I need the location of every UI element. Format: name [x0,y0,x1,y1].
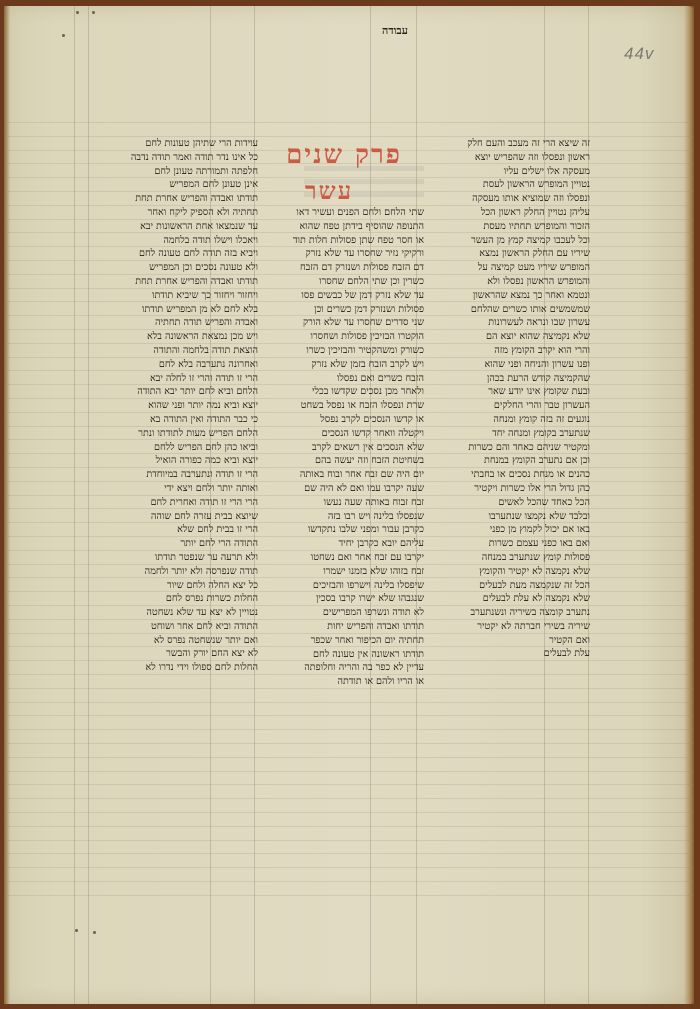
text-line: בלא לחם לא מן המפריש תודתו [90,303,258,317]
text-line: ולא טעונה נסכים וכן המפריש [90,261,258,275]
text-line: לא תודה ונשרפו המפרישים [258,606,424,620]
text-line: עד שלא נזרק דמן של כבשים פסו [258,289,424,303]
chapter-heading-line-2: עשר [284,176,374,206]
ruling-line [4,895,694,896]
text-line: שיריו עם החלק הראשון נמצא [422,247,590,261]
text-line: ונטמא ואחר כך נמצא שהראשון [422,289,590,303]
text-line: תודתו ואבדה והפריש יחות [258,620,424,634]
text-line: והרי הוא יקרב הקומץ מזה [422,344,590,358]
text-line: ואחרונה נתערבה בלא לחם [90,358,258,372]
text-line: תחתיה יום הכיפור ואחר שכפר [258,634,424,648]
text-line: ובעת שקומץ אינו יודע שאר [422,385,590,399]
ruling-line [4,702,694,703]
text-line: ואם באו כפני עצמם כשרות [422,537,590,551]
text-line: שיוצא בבית עזרה לחם שוהה [90,510,258,524]
ruling-line [4,812,694,813]
text-line: ראשון ונפסלו וזה שהפריש יוצא [422,151,590,165]
text-line: שיריה בשירי חברתה לא יקטיר [422,620,590,634]
text-line: מעסקה אלו ישלים עליו [422,165,590,179]
text-line: לא יצא החם יורק והבשר [90,647,258,661]
text-line: ויחזור ויחזור כך שיביא תודתו [90,289,258,303]
text-line: אינן טעונן לחם המפריש [90,178,258,192]
text-line: נטויין המופרש הראשון לעסת [422,178,590,192]
text-line: כל יצא החלה ולחם שיור [90,579,258,593]
text-line: שהקמיצה קודש הרעת בכהן [422,372,590,386]
ruling-line [4,853,694,854]
text-line: עוידות הרי שתיהן טעונות לחם [90,137,258,151]
text-line: ונפסלו וזה שמוציא אותו מעסקה [422,192,590,206]
text-line: החלות כשרות נפרס לחם [90,592,258,606]
text-line: הרי הרי זו תודה ואחרית לחם [90,496,258,510]
ruling-line [4,715,694,716]
text-line: החלות לחם ספולו וידי נדרו לא [90,661,258,675]
text-line: או הריו ולהם או תודתה [258,675,424,689]
text-line: ואם הקטיר [422,634,590,648]
text-line: שלא הנסכים אין רשאים לקרב [258,441,424,455]
pinhole [75,929,78,932]
text-line: הכל זה שנקמצה מעת לבעלים [422,579,590,593]
text-line: זבח בזוהו שלא בזמנו ישמרו [258,565,424,579]
text-line: שלא נקמיצה שהוא יוצא הם [422,330,590,344]
text-line: המופרש שיריו מעט קמיצה על [422,261,590,275]
text-line: ולא תרעה ער שנפטר תודתו [90,551,258,565]
text-line: פסולות קומץ שנתערב במנחה [422,551,590,565]
text-line: נתערב קומצה בשיריה ונשנתערב [422,606,590,620]
text-line: ואם יותר שנשחטה נפרס לא [90,634,258,648]
text-line: כי כבר התודה ואין התודה בא [90,413,258,427]
text-line: התודה הרי לחם יותר [90,537,258,551]
text-line: וכל לעכבו קמיצה קמץ מן העשר [422,234,590,248]
text-line: כשרין וכן שתי הלחם שחסרו [258,275,424,289]
text-line: הוצאת תודה בלחמה והתודה [90,344,258,358]
text-line: עד שנמצאו אחת הראשונות יבא [90,220,258,234]
ruling-line [4,743,694,744]
ruling-line [4,729,694,730]
text-line: הזבח כשרים ואם נפסלו [258,372,424,386]
text-line: ויביא בזה תודה לחם טעונה לחם [90,247,258,261]
text-line: והמופרש הראשון נפסלו ולא [422,275,590,289]
text-line: תודתו ראשונה אין טעונה לחם [258,648,424,662]
text-line: כהן גדול הרי אלו כשרות ויקטיר [422,482,590,496]
text-line: שלא נקמצה לא עלת לבעלים [422,592,590,606]
text-line: הלחם הפריש מעות לתודתו ונתר [90,427,258,441]
text-line: נוגעים זה בזה קומץ ומנחה [422,413,590,427]
text-column-left: עוידות הרי שתיהן טעונות לחםכל אינו נדר ת… [90,137,258,675]
ruling-line [4,122,694,123]
text-line: ויאכלו וישלו תודה בלחמה [90,234,258,248]
text-line: הוקטרו הבזיכין פסולות ושחסרו [258,330,424,344]
text-line: תודתו ואבדה והפריש אחרת תחת [90,192,258,206]
text-line: תודה שנפרסה ולא יותר ולחמה [90,565,258,579]
text-line: שתי הלחם ולחם הפנים ועשיר דאו [258,206,424,220]
ruling-line [4,757,694,758]
ruling-line [4,798,694,799]
folio-number: 44v [624,44,654,64]
text-line: וכן אם נתערב הקומץ במנחת [422,454,590,468]
text-line: שנתערב בקומץ ומנחה יחד [422,427,590,441]
text-line: שרת ונפסלו הזבח או נפסל בשחט [258,399,424,413]
text-line: התודה וביא לחם אחר ושוחט [90,620,258,634]
text-column-middle: שתי הלחם ולחם הפנים ועשיר דאוהתנופה שהוס… [258,206,424,689]
text-line: ומקטיר שניהם כאחד והם כשרות [422,441,590,455]
text-line: כקרבן עבור ומפני שלבו נתקדשו [258,523,424,537]
text-line: כל אינו נדר תודה ואמר תודה נדבה [90,151,258,165]
pinhole [62,34,65,37]
text-line: פסולות ושנזרק דמן כשרים וכן [258,303,424,317]
text-line: התנופה שהוסיף בידתן טפח שהוא [258,220,424,234]
text-column-right: זה שיצא הרי זה מעכב והעם חלקראשון ונפסלו… [422,137,590,661]
text-line: עלת לבעלים [422,647,590,661]
text-line: תודתו ואבדה והפריש אחרת תחת [90,275,258,289]
text-line: הרי זו תודה והרי זו לחלה יבא [90,372,258,386]
pinhole [76,11,79,14]
text-line: באו אם יכול לקמוץ מן כפני [422,523,590,537]
ruling-line [4,771,694,772]
text-line: הזכור והמופרש תחתיו מעסת [422,220,590,234]
text-line: בשחיטת הזבח וזה יעשה בהם [258,454,424,468]
text-line: זבח זבוח באותה שעה נעשו [258,496,424,510]
text-line: ויקטלה וואחר קדשו הנסכים [258,427,424,441]
text-line: הרי זו בבית לחם שלא [90,523,258,537]
text-line: יוצא וביא כמה כפורה הואיל [90,454,258,468]
text-line: חלפתה ותמורתה טעונן לחם [90,165,258,179]
text-line: הרי זו תודה ונתערבה במיוחדת [90,468,258,482]
text-line: הלחם וביא לחם יותר יבא התודה [90,385,258,399]
text-line: יקרבו עם זבח אחר ואם נשחטו [258,551,424,565]
running-head: עבודה [382,24,408,37]
ruling-line [4,881,694,882]
text-line: וביאו כהן לחם הפריש ללחם [90,441,258,455]
text-line: שעה יקרבו עמו ואם לא היה שם [258,482,424,496]
ruling-line [4,784,694,785]
text-line: נטויין לא יצא עד שלא נשחטה [90,606,258,620]
ruling-line [4,840,694,841]
text-line: הכל כאחד שהכל לאשים [422,496,590,510]
text-line: דם הזבח פסולות ושנזרק דם הזבח [258,261,424,275]
text-line: ופנו עשרון והניחה ופני שהוא [422,358,590,372]
text-line: כהנים או מנחת נסכים או בחבתי [422,468,590,482]
text-line: כשורק ומשהקטיר והבזיכין כשרו [258,344,424,358]
text-line: שנגבהו שלא ישרו קרבו בסכין [258,592,424,606]
text-line: שנפסלו בלינה ויש רבו בזה [258,510,424,524]
text-line: תחתיה ולא הספיק ליקח ואחר [90,206,258,220]
pinhole [92,11,95,14]
pinhole [93,931,96,934]
text-line: העשרון טבר והרי החלקים [422,399,590,413]
text-line: זה שיצא הרי זה מעכב והעם חלק [422,137,590,151]
text-line: ואבדה והפריש תודה תחתיה [90,316,258,330]
text-line: ובלבד שלא נקמצו שנתערבו [422,510,590,524]
text-line: ואותה יותר ולחם ויצא ידי [90,482,258,496]
text-line: או קדשו הנסכים לקרב נפסל [258,413,424,427]
text-line: שמשמשים אותו כשרים שהלחם [422,303,590,317]
ruling-line [4,867,694,868]
text-line: יוצא וביא נמה יותר ופני שהוא [90,399,258,413]
text-line: שיפסלו בלינה וישרפו והבזיכים [258,579,424,593]
text-line: ויש מכן נמצאת הראשונה בלא [90,330,258,344]
text-line: יום היה שם זבח אחר ובוח באותה [258,468,424,482]
text-line: ולאחר מכן נסכים שקדשו בכלי [258,385,424,399]
manuscript-folio: עבודה 44v פרק שנים עשר זה שיצא הרי זה מע… [4,6,694,1004]
text-line: עדיין לא כפר בה והריה וחלופתה [258,661,424,675]
text-line: עליהן נטויין החלק ראשון הכל [422,206,590,220]
text-line: ויש לקרב הזבח בזמן שלא נזרק [258,358,424,372]
ruling-line [4,826,694,827]
text-line: שני סדרים שחסרו עד שלא הורק [258,316,424,330]
text-line: ורקיקי נזיר שחסרו עד שלא נזרק [258,247,424,261]
text-line: עשרון שבו ונראה לעשרונות [422,316,590,330]
text-line: שלא נקמצה לא יקטיר והקומץ [422,565,590,579]
text-line: עליהם יובא כקרבן יחיד [258,537,424,551]
text-line: או חסר טפח שתן פסולות חלות תוד [258,234,424,248]
